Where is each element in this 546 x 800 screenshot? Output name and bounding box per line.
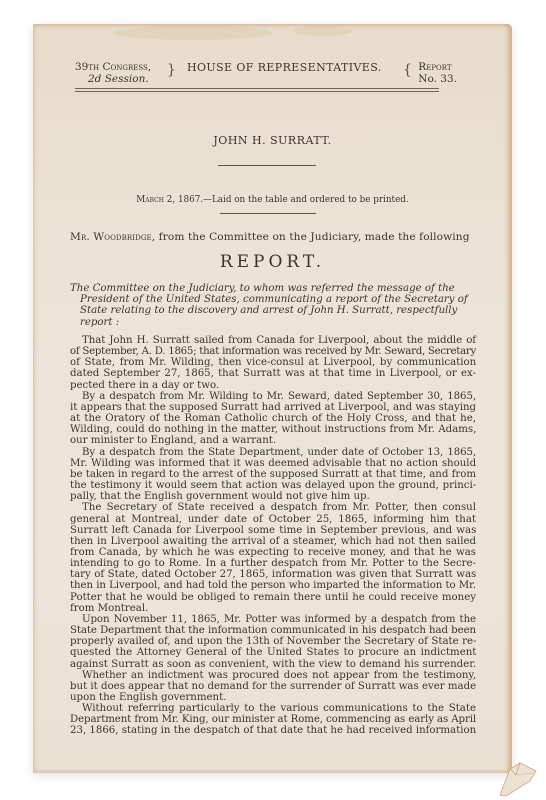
body-line: By a despatch from the State Department,… bbox=[70, 447, 476, 458]
body-line: general at Montreal, under date of Octob… bbox=[70, 514, 476, 525]
dateline-rule bbox=[220, 213, 316, 214]
session-label: 2d Session. bbox=[75, 73, 151, 85]
body-line: 23, 1866, stating in the despatch of tha… bbox=[70, 725, 476, 736]
body-line: of State, from Mr. Wilding, then vice-co… bbox=[70, 357, 476, 368]
brace-right-icon: } bbox=[167, 62, 176, 78]
body-line: then in Liverpool awaiting the arrival o… bbox=[70, 536, 476, 547]
statement-line: The Committee on the Judiciary, to whom … bbox=[70, 283, 476, 294]
body-line: it appears that the supposed Surratt had… bbox=[70, 402, 476, 413]
body-line: then in Liverpool, and had told the pers… bbox=[70, 580, 476, 591]
header-double-rule bbox=[75, 88, 439, 92]
body-line: Mr. Wilding was informed that it was dee… bbox=[70, 458, 476, 469]
body-line: Whether an indictment was procured does … bbox=[70, 670, 476, 681]
folded-corner-icon bbox=[496, 759, 538, 797]
committee-statement: The Committee on the Judiciary, to whom … bbox=[70, 283, 476, 328]
body-line: That John H. Surratt sailed from Canada … bbox=[70, 335, 476, 346]
statement-line: State relating to the discovery and arre… bbox=[70, 305, 476, 316]
congress-label: 39th Congress, bbox=[75, 61, 151, 73]
body-line: quested the Attorney General of the Unit… bbox=[70, 647, 476, 658]
member-name: Mr. Woodbridge, bbox=[70, 231, 155, 243]
report-number: Report No. 33. bbox=[418, 61, 457, 85]
congress-session: 39th Congress, 2d Session. bbox=[75, 61, 151, 85]
body-line: properly availed of, and upon the 13th o… bbox=[70, 636, 476, 647]
title-rule bbox=[218, 165, 316, 166]
dateline: March 2, 1867.—Laid on the table and ord… bbox=[33, 195, 512, 205]
brace-left-icon: { bbox=[403, 62, 412, 78]
document-page: 39th Congress, 2d Session. } HOUSE OF RE… bbox=[33, 24, 512, 773]
statement-line: report : bbox=[70, 317, 476, 328]
report-body: That John H. Surratt sailed from Canada … bbox=[70, 335, 476, 737]
report-no: No. 33. bbox=[418, 73, 457, 85]
body-line: tary of State, dated October 27, 1865, i… bbox=[70, 569, 476, 580]
body-line: of September, A. D. 1865; that informati… bbox=[70, 346, 476, 357]
body-line: intending to go to Rome. In a further de… bbox=[70, 558, 476, 569]
body-line: Without referring particularly to the va… bbox=[70, 703, 476, 714]
body-line: upon the English government. bbox=[70, 692, 476, 703]
statement-line: President of the United States, communic… bbox=[70, 294, 476, 305]
document-title: JOHN H. SURRATT. bbox=[33, 134, 512, 147]
house-heading: HOUSE OF REPRESENTATIVES. bbox=[187, 61, 382, 74]
report-heading: REPORT. bbox=[33, 252, 512, 272]
body-line: By a despatch from Mr. Wilding to Mr. Se… bbox=[70, 391, 476, 402]
body-line: Surratt left Canada for Liverpool some t… bbox=[70, 525, 476, 536]
document-header: 39th Congress, 2d Session. } HOUSE OF RE… bbox=[75, 61, 457, 87]
body-line: State Department that the information co… bbox=[70, 625, 476, 636]
report-label: Report bbox=[418, 61, 457, 73]
body-line: pected there in a day or two. bbox=[70, 380, 476, 391]
body-line: Department from Mr. King, our minister a… bbox=[70, 714, 476, 725]
intro-line: Mr. Woodbridge, from the Committee on th… bbox=[70, 231, 480, 243]
paper-stain bbox=[113, 26, 273, 40]
body-line: the testimony it would seem that action … bbox=[70, 480, 476, 491]
body-line: from Canada, by which he was expecting t… bbox=[70, 547, 476, 558]
body-line: Wilding, could do nothing in the matter,… bbox=[70, 424, 476, 435]
body-line: at the Oratory of the Roman Catholic chu… bbox=[70, 413, 476, 424]
body-line: Upon November 11, 1865, Mr. Potter was i… bbox=[70, 614, 476, 625]
dateline-date: March 2, 1867. bbox=[136, 195, 203, 205]
body-line: be taken in regard to the arrest of the … bbox=[70, 469, 476, 480]
intro-text: from the Committee on the Judiciary, mad… bbox=[155, 231, 469, 243]
paper-stain bbox=[293, 26, 353, 36]
body-line: The Secretary of State received a despat… bbox=[70, 502, 476, 513]
body-line: pally, that the English government would… bbox=[70, 491, 476, 502]
body-line: our minister to England, and a warrant. bbox=[70, 435, 476, 446]
body-line: from Montreal. bbox=[70, 603, 476, 614]
body-line: but it does appear that no demand for th… bbox=[70, 681, 476, 692]
body-line: dated September 27, 1865, that Surratt w… bbox=[70, 368, 476, 379]
body-line: against Surratt as soon as convenient, w… bbox=[70, 659, 476, 670]
body-line: Potter that he would be obliged to remai… bbox=[70, 592, 476, 603]
dateline-text: —Laid on the table and ordered to be pri… bbox=[203, 195, 409, 205]
